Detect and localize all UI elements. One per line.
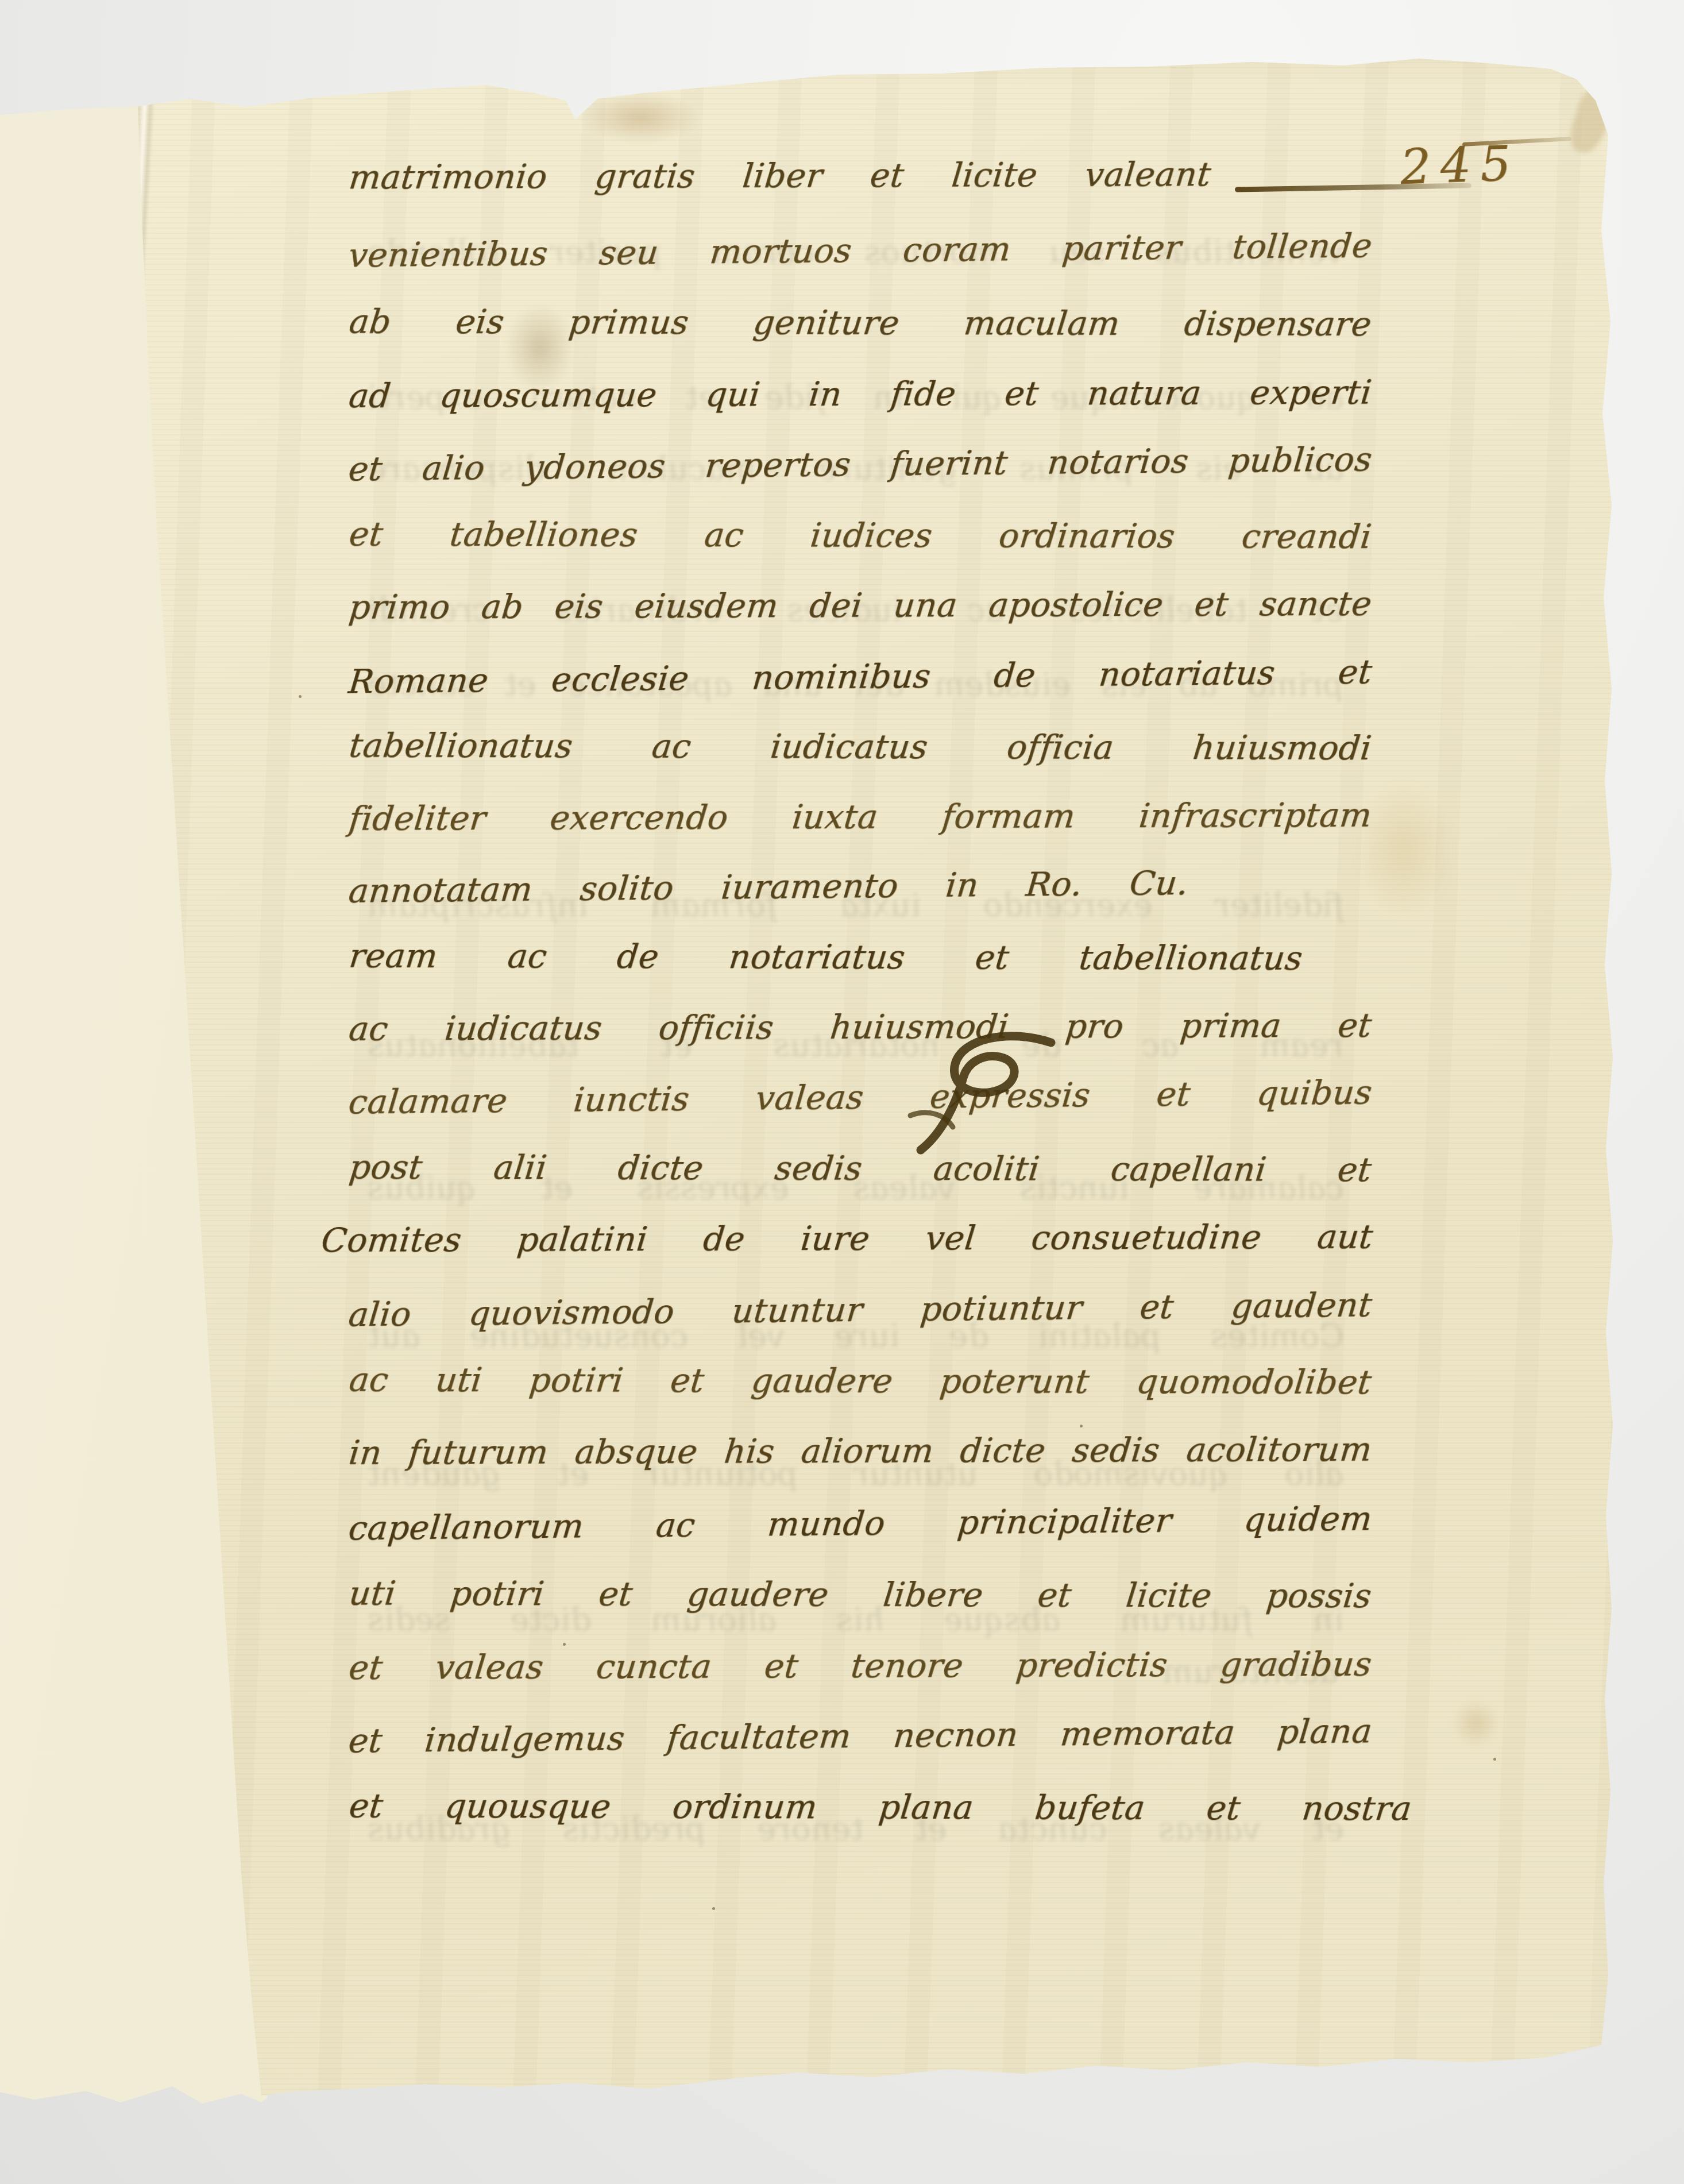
manuscript-line-6: et tabelliones ac iudices ordinarios cre… xyxy=(346,507,1374,565)
paper-speck xyxy=(712,1907,715,1910)
small-stain xyxy=(1453,1700,1499,1746)
manuscript-line-4: ad quoscumque qui in fide et natura expe… xyxy=(346,365,1374,423)
manuscript-line-7: primo ab eis eiusdem dei una apostolice … xyxy=(346,576,1374,635)
manuscript-line-15: post alii dicte sedis acoliti capellani … xyxy=(346,1140,1374,1198)
pen-flourish xyxy=(887,1028,1060,1163)
top-edge-stain xyxy=(580,92,701,144)
manuscript-line-14: calamare iunctis valeas expressis et qui… xyxy=(346,1064,1375,1129)
paper-speck xyxy=(1493,1758,1496,1761)
manuscript-line-19: in futurum absque his aliorum dicte sedi… xyxy=(346,1422,1374,1480)
manuscript-line-18: ac uti potiri et gaudere poterunt quomod… xyxy=(346,1352,1374,1410)
manuscript-line-3: ab eis primus geniture maculam dispensar… xyxy=(346,294,1374,352)
manuscript-line-9: tabellionatus ac iudicatus officia huius… xyxy=(346,718,1374,776)
manuscript-line-13: ac iudicatus officiis huiusmodi pro prim… xyxy=(346,998,1374,1056)
manuscript-line-8: Romane ecclesie nominibus de notariatus … xyxy=(346,644,1375,709)
manuscript-line-17: alio quovismodo utuntur potiuntur et gau… xyxy=(346,1277,1375,1342)
manuscript-line-23: et indulgemus facultatem necnon memorata… xyxy=(346,1703,1375,1768)
manuscript-line-22: et valeas cuncta et tenore predictis gra… xyxy=(346,1637,1374,1695)
manuscript-line-5: et alio ydoneos repertos fuerint notario… xyxy=(346,431,1375,496)
manuscript-line-20: capellanorum ac mundo principaliter quid… xyxy=(346,1491,1375,1556)
manuscript-line-2: venientibus seu mortuos coram pariter to… xyxy=(346,218,1375,283)
manuscript-page: venientibus seu mortuos coram pariter to… xyxy=(0,0,1684,2184)
manuscript-line-11: annotatam solito iuramento in Ro. Cu. xyxy=(346,855,1191,919)
manuscript-line-10: fideliter exercendo iuxta formam infrasc… xyxy=(346,788,1374,846)
scanner-background: venientibus seu mortuos coram pariter to… xyxy=(0,0,1684,2184)
manuscript-line-16: Comites palatini de iure vel consuetudin… xyxy=(319,1209,1376,1268)
manuscript-line-21: uti potiri et gaudere libere et licite p… xyxy=(346,1566,1374,1624)
paper-speck xyxy=(299,695,302,698)
manuscript-line-24: et quousque ordinum plana bufeta et nost… xyxy=(346,1778,1415,1836)
manuscript-line-12: ream ac de notariatus et tabellionatus xyxy=(346,928,1306,986)
manuscript-line-1: matrimonio gratis liber et licite valean… xyxy=(346,146,1214,204)
